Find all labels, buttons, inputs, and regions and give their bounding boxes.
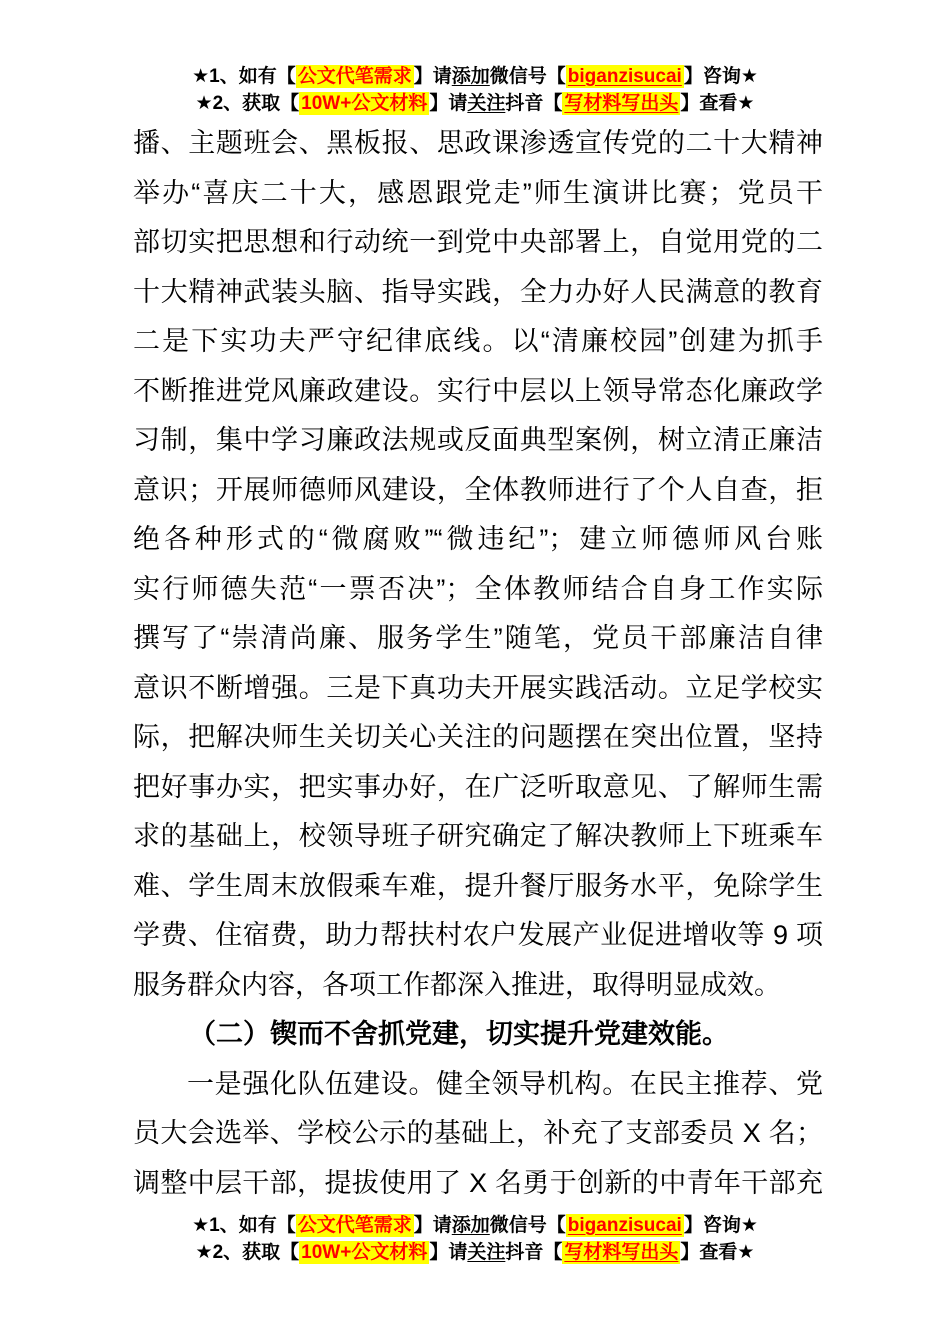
body-line: 际，把解决师生关切关心关注的问题摆在突出位置，坚持	[133, 713, 823, 763]
notice2-douyin-account-highlight: 写材料写出头	[562, 92, 680, 115]
notice2-material-highlight: 10W+公文材料	[299, 1241, 429, 1264]
body-line: 绝各种形式的“微腐败”“微违纪”；建立师德师风台账	[133, 515, 823, 565]
notice2-mid: 】请	[429, 1242, 467, 1263]
notice2-suffix: 】查看★	[680, 93, 754, 114]
notice1-wechat-label: 微信号【	[490, 66, 566, 87]
notice1-mid: 】请	[414, 1215, 452, 1236]
notice1-wechat-id-highlight: biganzisucai	[566, 65, 684, 88]
notice2-material-highlight: 10W+公文材料	[299, 92, 429, 115]
footer-notice-line-1: ★1、如有【公文代笔需求】请添加微信号【biganzisucai】咨询★	[0, 1212, 950, 1239]
notice2-douyin-account-highlight: 写材料写出头	[562, 1241, 680, 1264]
header-notice: ★1、如有【公文代笔需求】请添加微信号【biganzisucai】咨询★ ★2、…	[0, 63, 950, 117]
notice1-service-highlight: 公文代笔需求	[296, 65, 414, 88]
body-line: 学费、住宿费，助力帮扶村农户发展产业促进增收等 9 项	[133, 911, 823, 961]
notice2-douyin-label: 抖音【	[505, 93, 562, 114]
body-line: 调整中层干部，提拔使用了 X 名勇于创新的中青年干部充	[133, 1159, 823, 1209]
notice1-add-underline: 添加	[452, 66, 490, 87]
notice2-suffix: 】查看★	[680, 1242, 754, 1263]
notice1-mid: 】请	[414, 66, 452, 87]
notice2-prefix: ★2、获取【	[196, 93, 300, 114]
notice2-follow-underline: 关注	[467, 93, 505, 114]
body-line: 实行师德失范“一票否决”；全体教师结合自身工作实际	[133, 565, 823, 615]
body-line: 二是下实功夫严守纪律底线。以“清廉校园”创建为抓手	[133, 317, 823, 367]
body-line: 员大会选举、学校公示的基础上，补充了支部委员 X 名；	[133, 1109, 823, 1159]
notice2-prefix: ★2、获取【	[196, 1242, 300, 1263]
notice2-mid: 】请	[429, 93, 467, 114]
notice2-follow-underline: 关注	[467, 1242, 505, 1263]
body-line: 撰写了“崇清尚廉、服务学生”随笔，党员干部廉洁自律	[133, 614, 823, 664]
notice1-add-underline: 添加	[452, 1215, 490, 1236]
document-body: 播、主题班会、黑板报、思政课渗透宣传党的二十大精神 举办“喜庆二十大，感恩跟党走…	[133, 119, 823, 1208]
footer-notice: ★1、如有【公文代笔需求】请添加微信号【biganzisucai】咨询★ ★2、…	[0, 1212, 950, 1266]
body-line: 意识；开展师德师风建设，全体教师进行了个人自查，拒	[133, 466, 823, 516]
notice2-douyin-label: 抖音【	[505, 1242, 562, 1263]
footer-notice-line-2: ★2、获取【10W+公文材料】请关注抖音【写材料写出头】查看★	[0, 1239, 950, 1266]
notice1-wechat-label: 微信号【	[490, 1215, 566, 1236]
body-line: 举办“喜庆二十大，感恩跟党走”师生演讲比赛；党员干	[133, 169, 823, 219]
header-notice-line-2: ★2、获取【10W+公文材料】请关注抖音【写材料写出头】查看★	[0, 90, 950, 117]
body-line: 一是强化队伍建设。健全领导机构。在民主推荐、党	[133, 1060, 823, 1110]
body-line: 部切实把思想和行动统一到党中央部署上，自觉用党的二	[133, 218, 823, 268]
notice1-suffix: 】咨询★	[684, 1215, 758, 1236]
body-line: 不断推进党风廉政建设。实行中层以上领导常态化廉政学	[133, 367, 823, 417]
body-line: 习制，集中学习廉政法规或反面典型案例，树立清正廉洁	[133, 416, 823, 466]
body-line: 十大精神武装头脑、指导实践，全力办好人民满意的教育	[133, 268, 823, 318]
section-heading-2: （二）锲而不舍抓党建，切实提升党建效能。	[133, 1010, 823, 1060]
document-page: ★1、如有【公文代笔需求】请添加微信号【biganzisucai】咨询★ ★2、…	[0, 0, 950, 1344]
body-line: 意识不断增强。三是下真功夫开展实践活动。立足学校实	[133, 664, 823, 714]
body-line: 服务群众内容，各项工作都深入推进，取得明显成效。	[133, 961, 823, 1011]
body-line: 难、学生周末放假乘车难，提升餐厅服务水平，免除学生	[133, 862, 823, 912]
notice1-suffix: 】咨询★	[684, 66, 758, 87]
notice1-service-highlight: 公文代笔需求	[296, 1214, 414, 1237]
notice1-prefix: ★1、如有【	[192, 66, 296, 87]
notice1-wechat-id-highlight: biganzisucai	[566, 1214, 684, 1237]
body-line: 播、主题班会、黑板报、思政课渗透宣传党的二十大精神	[133, 119, 823, 169]
body-line: 求的基础上，校领导班子研究确定了解决教师上下班乘车	[133, 812, 823, 862]
body-line: 把好事办实，把实事办好，在广泛听取意见、了解师生需	[133, 763, 823, 813]
header-notice-line-1: ★1、如有【公文代笔需求】请添加微信号【biganzisucai】咨询★	[0, 63, 950, 90]
notice1-prefix: ★1、如有【	[192, 1215, 296, 1236]
